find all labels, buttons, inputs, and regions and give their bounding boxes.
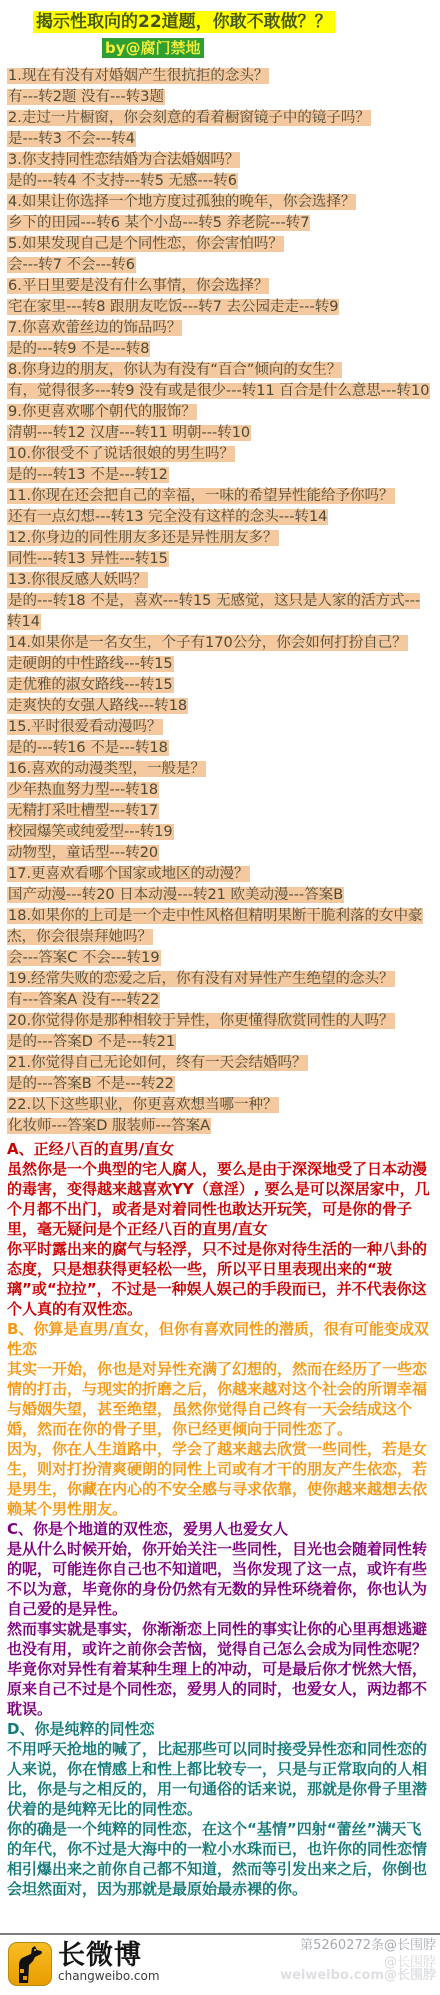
result-heading: A、正经八百的直男/直女: [7, 1139, 432, 1159]
post-info-text: 第5260272条@长围脖: [280, 1937, 436, 1954]
answer-options: 动物型，童话型---转20: [7, 843, 432, 864]
result-heading: B、你算是直男/直女，但你有喜欢同性的潜质，很有可能变成双性恋: [7, 1319, 432, 1359]
changweibo-logo: 长微博 changweibo.com: [8, 1942, 160, 1986]
question-text: 8.你身边的朋友，你认为有没有“百合”倾向的女生？: [7, 360, 432, 381]
giraffe-logo-icon: [8, 1942, 52, 1986]
answer-options: 会---转7 不会---转6: [7, 255, 432, 276]
result-heading: D、你是纯粹的同性恋: [7, 1719, 432, 1739]
answer-options: 有---答案A 没有---转22: [7, 990, 432, 1011]
answer-options: 是的---转16 不是---转18: [7, 738, 432, 759]
footer-watermarks: 第5260272条@长围脖 @长围脖 weiweibo.com@长围脖: [280, 1937, 436, 1984]
question-text: 17.更喜欢看哪个国家或地区的动漫？: [7, 864, 432, 885]
question-text: 18.如果你的上司是一个走中性风格但精明果断干脆利落的女中豪杰，你会很崇拜她吗？: [7, 906, 432, 948]
answer-options: 是的---答案B 不是---转22: [7, 1074, 432, 1095]
result-paragraph: 是从什么时候开始，你开始关注一些同性，目光也会随着同性转的呢，可能连你自己也不知…: [7, 1539, 432, 1619]
answer-options: 走爽快的女强人路线---转18: [7, 696, 432, 717]
result-heading: C、你是个地道的双性恋，爱男人也爱女人: [7, 1519, 432, 1539]
answer-options: 会---答案C 不会---转19: [7, 948, 432, 969]
result-paragraph: 不用呼天抢地的喊了，比起那些可以同时接受异性恋和同性恋的人来说，你在情感上和性上…: [7, 1739, 432, 1819]
result-paragraph: 其实一开始，你也是对异性充满了幻想的，然而在经历了一些恋情的打击，与现实的折磨之…: [7, 1359, 432, 1439]
question-text: 3.你支持同性恋结婚为合法婚姻吗？: [7, 150, 432, 171]
answer-options: 清朝---转12 汉唐---转11 明朝---转10: [7, 423, 432, 444]
result-paragraph: 因为，你在人生道路中，学会了越来越去欣赏一些同性，若是女生，则对打扮清爽硬朗的同…: [7, 1439, 432, 1519]
question-text: 13.你很反感人妖吗？: [7, 570, 432, 591]
question-text: 4.如果让你选择一个地方度过孤独的晚年，你会选择？: [7, 192, 432, 213]
answer-options: 无精打采吐槽型---转17: [7, 801, 432, 822]
question-text: 16.喜欢的动漫类型，一般是？: [7, 759, 432, 780]
result-paragraph: 你平时露出来的腐气与轻浮，只不过是你对待生活的一种八卦的态度，只是想获得更轻松一…: [7, 1239, 432, 1319]
question-text: 6.平日里要是没有什么事情，你会选择？: [7, 276, 432, 297]
results-section: A、正经八百的直男/直女虽然你是一个典型的宅人腐人，要么是由于深深地受了日本动漫…: [0, 1137, 440, 1899]
logo-cn-text: 长微博: [58, 1942, 160, 1970]
footer: 长微博 changweibo.com 第5260272条@长围脖 @长围脖 we…: [0, 1933, 440, 1995]
result-paragraph: 然而事实就是事实，你渐渐恋上同性的事实让你的心里再想逃避也没有用，或许之前你会苦…: [7, 1619, 432, 1719]
result-paragraph: 虽然你是一个典型的宅人腐人，要么是由于深深地受了日本动漫的毒害，变得越来越喜欢Y…: [7, 1159, 432, 1239]
question-text: 5.如果发现自己是个同性恋，你会害怕吗？: [7, 234, 432, 255]
answer-options: 是的---转9 不是---转8: [7, 339, 432, 360]
question-text: 19.经常失败的恋爱之后，你有没有对异性产生绝望的念头？: [7, 969, 432, 990]
page-title: 揭示性取向的22道题，你敢不敢做？？: [33, 10, 440, 34]
quiz-list: 1.现在有没有对婚姻产生很抗拒的念头？有---转2题 没有---转3题2.走过一…: [0, 66, 440, 1137]
question-text: 12.你身边的同性朋友多还是异性朋友多？: [7, 528, 432, 549]
answer-options: 校园爆笑或纯爱型---转19: [7, 822, 432, 843]
result-paragraph: 你的确是一个纯粹的同性恋，在这个“基情”四射“蕾丝”满天飞的年代，你不过是大海中…: [7, 1819, 432, 1899]
answer-options: 是的---答案D 不是---转21: [7, 1032, 432, 1053]
answer-options: 还有一点幻想---转13 完全没有这样的念头---转14: [7, 507, 432, 528]
question-text: 9.你更喜欢哪个朝代的服饰？: [7, 402, 432, 423]
footer-divider: [0, 1933, 440, 1935]
answer-options: 走优雅的淑女路线---转15: [7, 675, 432, 696]
answer-options: 有，觉得很多---转9 没有或是很少---转11 百合是什么意思---转10: [7, 381, 432, 402]
header: 揭示性取向的22道题，你敢不敢做？？ by@腐门禁地: [0, 0, 440, 58]
byline: by@腐门禁地: [102, 38, 440, 58]
answer-options: 乡下的田园---转6 某个小岛---转5 养老院---转7: [7, 213, 432, 234]
answer-options: 是的---转4 不支持---转5 无感---转6: [7, 171, 432, 192]
logo-text-block: 长微博 changweibo.com: [58, 1942, 160, 1983]
question-text: 22.以下这些职业，你更喜欢想当哪一种？: [7, 1095, 432, 1116]
question-text: 15.平时很爱看动漫吗？: [7, 717, 432, 738]
answer-options: 化妆师---答案D 服装师---答案A: [7, 1116, 432, 1137]
answer-options: 是---转3 不会---转4: [7, 129, 432, 150]
answer-options: 是的---转13 不是---转12: [7, 465, 432, 486]
answer-options: 同性---转13 异性---转15: [7, 549, 432, 570]
answer-options: 有---转2题 没有---转3题: [7, 87, 432, 108]
watermark-text-2: weiweibo.com@长围脖: [280, 1967, 436, 1984]
answer-options: 少年热血努力型---转18: [7, 780, 432, 801]
question-text: 2.走过一片橱窗，你会刻意的看着橱窗镜子中的镜子吗？: [7, 108, 432, 129]
logo-domain-text: changweibo.com: [58, 1970, 160, 1983]
answer-options: 宅在家里---转8 跟朋友吃饭---转7 去公园走走---转9: [7, 297, 432, 318]
question-text: 10.你很受不了说话很娘的男生吗？: [7, 444, 432, 465]
title-highlight-text: 揭示性取向的22道题，你敢不敢做？？: [33, 11, 335, 33]
question-text: 7.你喜欢蕾丝边的饰品吗？: [7, 318, 432, 339]
question-text: 21.你觉得自己无论如何，终有一天会结婚吗？: [7, 1053, 432, 1074]
question-text: 20.你觉得你是那种相较于异性，你更懂得欣赏同性的人吗？: [7, 1011, 432, 1032]
byline-highlight-text: by@腐门禁地: [102, 38, 204, 58]
answer-options: 走硬朗的中性路线---转15: [7, 654, 432, 675]
question-text: 11.你现在还会把自己的幸福，一味的希望异性能给予你吗？: [7, 486, 432, 507]
answer-options: 国产动漫---转20 日本动漫---转21 欧美动漫---答案B: [7, 885, 432, 906]
question-text: 1.现在有没有对婚姻产生很抗拒的念头？: [7, 66, 432, 87]
long-weibo-image: 揭示性取向的22道题，你敢不敢做？？ by@腐门禁地 1.现在有没有对婚姻产生很…: [0, 0, 440, 1995]
question-text: 14.如果你是一名女生，个子有170公分，你会如何打扮自己？: [7, 633, 432, 654]
answer-options: 是的---转18 不是，喜欢---转15 无感觉，这只是人家的活方式---转14: [7, 591, 432, 633]
